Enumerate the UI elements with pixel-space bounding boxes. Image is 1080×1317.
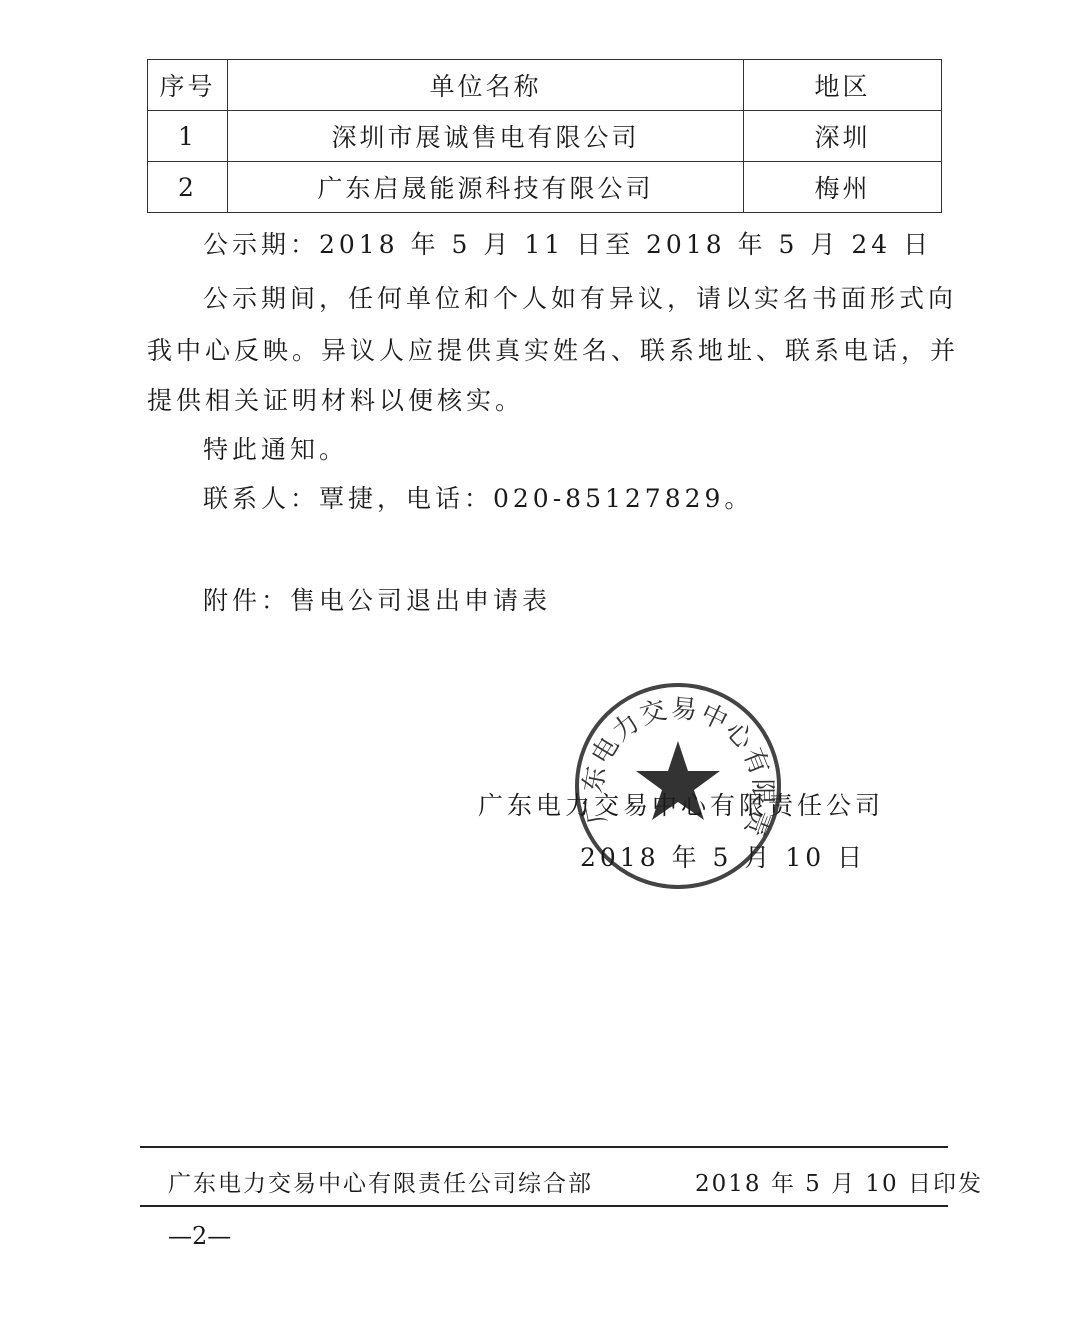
header-index: 序号 bbox=[148, 60, 228, 111]
table-row: 2 广东启晟能源科技有限公司 梅州 bbox=[148, 162, 942, 213]
footer-issuer: 广东电力交易中心有限责任公司综合部 bbox=[168, 1165, 593, 1198]
row-region: 梅州 bbox=[744, 162, 942, 213]
objection-paragraph-line-1: 公示期间，任何单位和个人如有异议，请以实名书面形式向 bbox=[203, 286, 957, 311]
footer-issue-date: 2018 年 5 月 10 日印发 bbox=[695, 1165, 983, 1198]
row-company-name: 深圳市展诚售电有限公司 bbox=[228, 111, 744, 162]
row-company-name: 广东启晟能源科技有限公司 bbox=[228, 162, 744, 213]
footer-top-rule bbox=[140, 1146, 948, 1148]
table-row: 1 深圳市展诚售电有限公司 深圳 bbox=[148, 111, 942, 162]
attachment-line: 附件：售电公司退出申请表 bbox=[203, 588, 551, 613]
signing-date: 2018 年 5 月 10 日 bbox=[580, 838, 866, 874]
header-company-name: 单位名称 bbox=[228, 60, 744, 111]
notice-text: 特此通知。 bbox=[203, 437, 348, 462]
publicity-period: 公示期：2018 年 5 月 11 日至 2018 年 5 月 24 日 bbox=[203, 232, 932, 257]
company-table: 序号 单位名称 地区 1 深圳市展诚售电有限公司 深圳 2 广东启晟能源科技有限… bbox=[147, 59, 942, 213]
row-index: 1 bbox=[148, 111, 228, 162]
signing-organization: 广东电力交易中心有限责任公司 bbox=[478, 786, 884, 822]
table-header-row: 序号 单位名称 地区 bbox=[148, 60, 942, 111]
page-number: —2— bbox=[168, 1222, 231, 1250]
footer-bottom-rule bbox=[140, 1205, 948, 1207]
row-region: 深圳 bbox=[744, 111, 942, 162]
contact-info: 联系人：覃捷，电话：020-85127829。 bbox=[203, 486, 753, 511]
row-index: 2 bbox=[148, 162, 228, 213]
objection-paragraph-line-3: 提供相关证明材料以便核实。 bbox=[147, 388, 524, 413]
header-region: 地区 bbox=[744, 60, 942, 111]
objection-paragraph-line-2: 我中心反映。异议人应提供真实姓名、联系地址、联系电话，并 bbox=[147, 338, 959, 363]
document-page: 序号 单位名称 地区 1 深圳市展诚售电有限公司 深圳 2 广东启晟能源科技有限… bbox=[0, 0, 1080, 1317]
